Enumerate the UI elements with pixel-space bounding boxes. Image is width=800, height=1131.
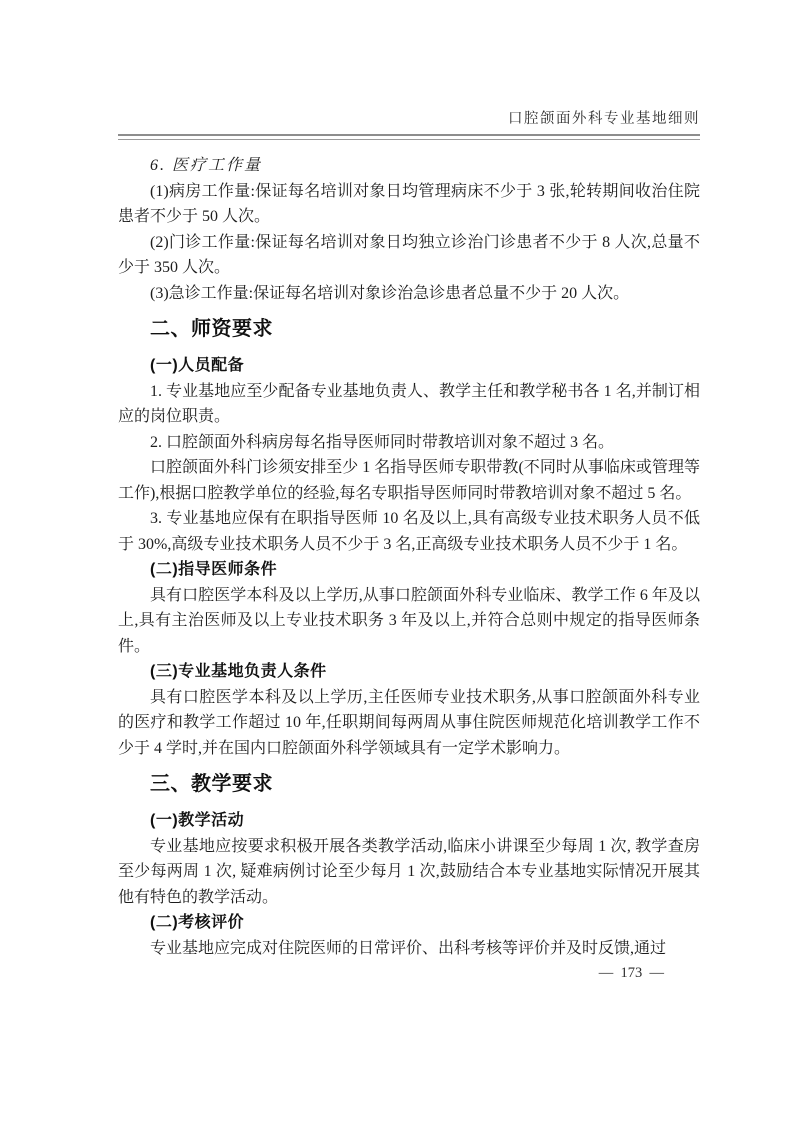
paragraph-staffing-2: 2. 口腔颌面外科病房每名指导医师同时带教培训对象不超过 3 名。: [118, 430, 700, 456]
document-body: 6. 医疗工作量 (1)病房工作量:保证每名培训对象日均管理病床不少于 3 张,…: [118, 153, 700, 961]
header-rule: [118, 134, 700, 140]
paragraph-staffing-4: 3. 专业基地应保有在职指导医师 10 名及以上,具有高级专业技术职务人员不低于…: [118, 506, 700, 557]
document-page: 口腔颌面外科专业基地细则 6. 医疗工作量 (1)病房工作量:保证每名培训对象日…: [0, 0, 800, 1131]
paragraph-assessment-evaluation: 专业基地应完成对住院医师的日常评价、出科考核等评价并及时反馈,通过: [118, 936, 700, 962]
page-number: — 173 —: [118, 962, 700, 984]
subsection-heading-teaching-activities: (一)教学活动: [118, 808, 700, 834]
paragraph-base-director-criteria: 具有口腔医学本科及以上学历,主任医师专业技术职务,从事口腔颌面外科专业的医疗和教…: [118, 685, 700, 762]
subsection-heading-instructor-criteria: (二)指导医师条件: [118, 557, 700, 583]
section-heading-teaching-requirements: 三、教学要求: [118, 770, 700, 799]
paragraph-ward-workload: (1)病房工作量:保证每名培训对象日均管理病床不少于 3 张,轮转期间收治住院患…: [118, 179, 700, 230]
paragraph-instructor-criteria: 具有口腔医学本科及以上学历,从事口腔颌面外科专业临床、教学工作 6 年及以上,具…: [118, 583, 700, 660]
paragraph-staffing-1: 1. 专业基地应至少配备专业基地负责人、教学主任和教学秘书各 1 名,并制订相应…: [118, 379, 700, 430]
subsection-heading-assessment-evaluation: (二)考核评价: [118, 910, 700, 936]
paragraph-teaching-activities: 专业基地应按要求积极开展各类教学活动,临床小讲课至少每周 1 次, 教学查房至少…: [118, 834, 700, 911]
subsection-heading-base-director-criteria: (三)专业基地负责人条件: [118, 659, 700, 685]
paragraph-emergency-workload: (3)急诊工作量:保证每名培训对象诊治急诊患者总量不少于 20 人次。: [118, 281, 700, 307]
item6-heading: 6. 医疗工作量: [118, 153, 700, 179]
subsection-heading-staffing: (一)人员配备: [118, 353, 700, 379]
paragraph-staffing-3: 口腔颌面外科门诊须安排至少 1 名指导医师专职带教(不同时从事临床或管理等工作)…: [118, 455, 700, 506]
paragraph-outpatient-workload: (2)门诊工作量:保证每名培训对象日均独立诊治门诊患者不少于 8 人次,总量不少…: [118, 230, 700, 281]
section-heading-faculty-requirements: 二、师资要求: [118, 315, 700, 344]
running-header-title: 口腔颌面外科专业基地细则: [118, 110, 700, 129]
